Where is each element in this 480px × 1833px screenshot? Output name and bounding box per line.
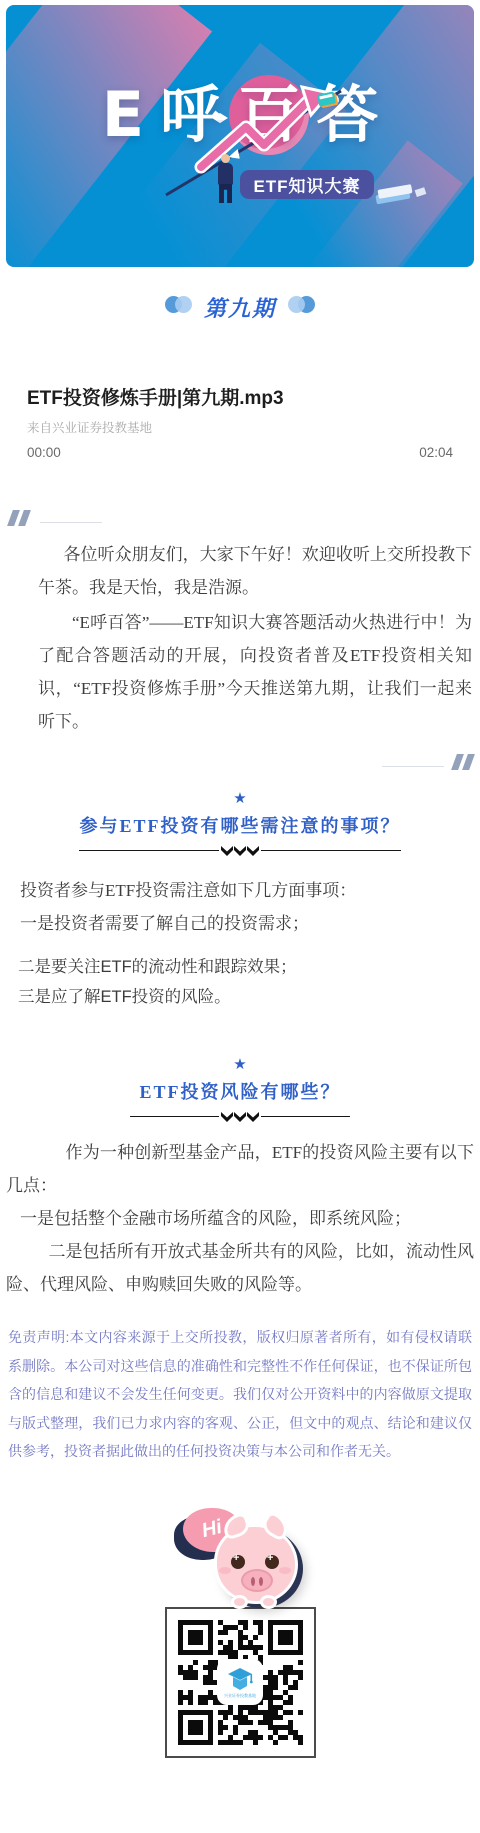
chevron-down-icons: [219, 846, 261, 856]
intro-paragraphs: 各位听众朋友们，大家下午好！欢迎收听上交所投教下午茶。我是天怡，我是浩源。 “E…: [0, 538, 480, 738]
paragraph: 投资者参与ETF投资需注意如下几方面事项：: [20, 874, 470, 907]
logo-char: E: [102, 77, 144, 153]
qr-code: 兴业证券投教基地: [165, 1607, 316, 1758]
bottom-whitespace: [0, 1758, 480, 1833]
paragraph: 二是要关注ETF的流动性和跟踪效果；: [18, 952, 470, 982]
audio-source: 来自兴业证券投教基地: [27, 418, 453, 436]
paragraph: 作为一种创新型基金产品，ETF的投资风险主要有以下几点：: [6, 1136, 474, 1202]
pig-eye: [231, 1555, 245, 1569]
dot-decoration-left: [165, 296, 192, 318]
audio-duration: 02:04: [419, 445, 453, 460]
paragraph: 一是投资者需要了解自己的投资需求；: [20, 907, 470, 940]
pig-hand: [231, 1595, 248, 1609]
contest-badge: ETF知识大赛: [240, 170, 374, 199]
disclaimer-text: 免责声明:本文内容来源于上交所投教，版权归原著者所有，如有侵权请联系删除。本公司…: [0, 1323, 480, 1466]
section1-list: 二是要关注ETF的流动性和跟踪效果； 三是应了解ETF投资的风险。: [0, 952, 480, 1012]
logo-char: 答: [316, 77, 378, 153]
paragraph: 一是包括整个金融市场所蕴含的风险，即系统风险；: [6, 1202, 474, 1235]
banner-logo: E 呼 百 答: [6, 77, 474, 153]
paragraph: 三是应了解ETF投资的风险。: [18, 982, 470, 1012]
paragraph: 各位听众朋友们，大家下午好！欢迎收听上交所投教下午茶。我是天怡，我是浩源。: [38, 538, 472, 604]
section-header-1: ★ 参与ETF投资有哪些需注意的事项？: [0, 790, 480, 858]
pig-hand: [260, 1595, 277, 1609]
logo-char-circled: 百: [238, 77, 300, 153]
books-icon: [377, 184, 412, 199]
section-title: ETF投资风险有哪些？: [0, 1078, 480, 1104]
section-divider: [130, 1110, 350, 1124]
star-icon: ★: [0, 1056, 480, 1074]
issue-header: 第九期: [0, 291, 480, 323]
section-divider: [79, 844, 401, 858]
close-quote-icon: [0, 754, 476, 770]
audio-current-time: 00:00: [27, 445, 61, 460]
issue-label: 第九期: [204, 292, 276, 323]
paragraph: 二是包括所有开放式基金所共有的风险，比如，流动性风险、代理风险、申购赎回失败的风…: [6, 1235, 474, 1301]
pig-cheek: [219, 1567, 231, 1574]
paragraph: “E呼百答”——ETF知识大赛答题活动火热进行中！为了配合答题活动的开展，向投资…: [38, 606, 472, 738]
pig-ear: [259, 1509, 293, 1541]
audio-title: ETF投资修炼手册|第九期.mp3: [27, 383, 453, 410]
audio-times: 00:00 02:04: [27, 445, 453, 460]
logo-char: 呼: [160, 77, 222, 153]
badge-label: ETF知识大赛: [253, 172, 360, 197]
section1-body: 投资者参与ETF投资需注意如下几方面事项： 一是投资者需要了解自己的投资需求；: [0, 874, 480, 940]
audio-player[interactable]: ETF投资修炼手册|第九期.mp3 来自兴业证券投教基地 00:00 02:04: [27, 383, 453, 460]
pig-eye: [265, 1555, 279, 1569]
pig-snout: [241, 1569, 273, 1592]
banner-image: E 呼 百 答 ETF知识大赛: [6, 5, 474, 267]
presenter-with-megaphone-icon: [212, 151, 240, 205]
graduation-cap-box-icon: 兴业证券投教基地: [220, 1662, 260, 1702]
pig-head: [214, 1524, 298, 1604]
star-icon: ★: [0, 790, 480, 808]
dot-decoration-right: [288, 296, 315, 318]
section2-body: 作为一种创新型基金产品，ETF的投资风险主要有以下几点： 一是包括整个金融市场所…: [0, 1136, 480, 1301]
pink-diagonal-band: [309, 140, 463, 267]
chevron-down-icons: [219, 1112, 261, 1122]
section-header-2: ★ ETF投资风险有哪些？: [0, 1056, 480, 1124]
open-quote-icon: [10, 510, 480, 526]
pig-cheek: [279, 1567, 291, 1574]
pig-mascot: Hi: [174, 1506, 306, 1609]
section-title: 参与ETF投资有哪些需注意的事项？: [0, 812, 480, 838]
